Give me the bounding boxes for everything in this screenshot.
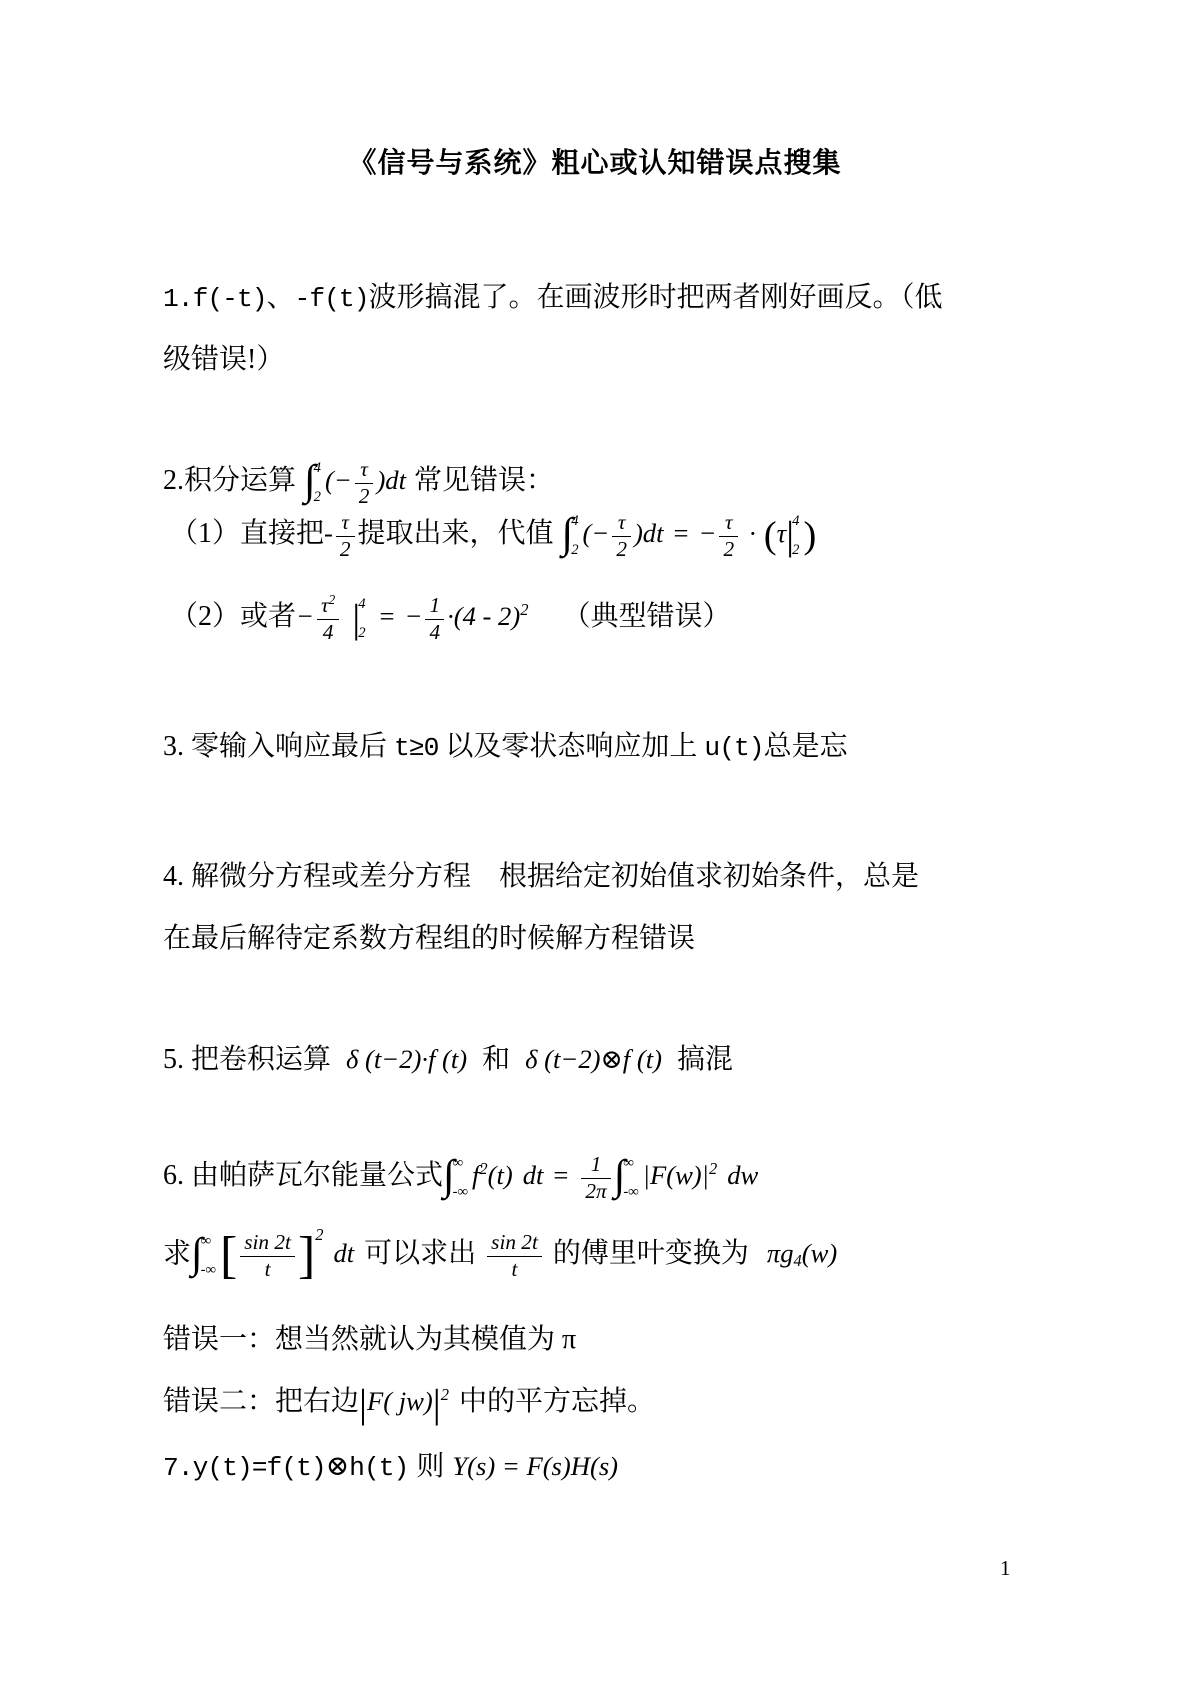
err2-lead: 错误二：把右边 (163, 1386, 359, 1417)
item7-code2: h(t) (349, 1453, 408, 1483)
sinc-frac: sin 2tt (484, 1238, 545, 1268)
item-2-sub-1: （1）直接把-τ2提取出来，代值∫42(−τ2)dt=−τ2·(τ|42) (170, 510, 824, 562)
fraction: τ2 (612, 510, 631, 562)
s2-lead: （2）或者 (170, 601, 296, 632)
item2-trail: 常见错误： (414, 465, 554, 496)
big-bracket-close: ] (298, 1227, 315, 1284)
item1-dun: 、 (267, 282, 295, 313)
fraction: τ2 (355, 457, 374, 509)
item5-lead: 5. 把卷积运算 (163, 1044, 338, 1075)
integral-formula: ∫42(−τ2)dt (304, 465, 406, 495)
parseval-formula: ∫∞-∞f2(t)dt=12π∫∞-∞|F(w)|2dw (443, 1160, 758, 1190)
cdot: · (749, 518, 756, 548)
fraction: sin 2tt (240, 1230, 295, 1282)
item7-mid: 则 (416, 1451, 444, 1482)
fraction: τ2 (336, 510, 355, 562)
item1-text: 波形搞混了。在画波形时把两者刚好画反。（低 (369, 282, 943, 313)
err1-text: 错误一：想当然就认为其模值为 π (163, 1324, 576, 1355)
cdot: · (447, 601, 454, 631)
big-paren-close: ) (803, 515, 816, 557)
item-7: 7.y(t)=f(t)⊗h(t)则Y(s) = F(s)H(s) (163, 1446, 618, 1488)
integral-icon: ∫ (562, 510, 574, 557)
fraction: sin 2tt (487, 1230, 542, 1282)
item1-code2: -f(t) (295, 284, 369, 314)
item-6-error-1: 错误一：想当然就认为其模值为 π (163, 1319, 576, 1361)
big-bracket-open: [ (220, 1227, 237, 1284)
item1-line2-text: 级错误!） (163, 344, 284, 375)
item-4-line-1: 4. 解微分方程或差分方程 根据给定初始值求初始条件，总是 (163, 856, 919, 898)
s1-lead: （1）直接把 (170, 518, 324, 549)
eval-formula: ∫42(−τ2)dt=−τ2·(τ|42) (562, 518, 817, 548)
integral-icon: ∫ (304, 457, 316, 504)
item-6-sinc: 求∫∞-∞[sin 2tt]2dt可以求出sin 2tt的傅里叶变换为πg4(w… (163, 1227, 837, 1282)
pi-g4-formula: πg4(w) (767, 1238, 837, 1268)
s1-mid: 提取出来，代值 (358, 518, 554, 549)
conv-formula-otimes: δ (t−2)⊗f (t) (525, 1044, 662, 1074)
q-mid: 可以求出 (364, 1238, 476, 1269)
big-paren-open: ( (764, 515, 777, 557)
fraction: 14 (425, 593, 444, 645)
page-title: 《信号与系统》粗心或认知错误点搜集 (0, 143, 1190, 185)
item5-trail: 搞混 (670, 1044, 733, 1075)
item4-line1-text: 4. 解微分方程或差分方程 根据给定初始值求初始条件，总是 (163, 861, 919, 892)
item4-line2-text: 在最后解待定系数方程组的时候解方程错误 (163, 923, 695, 954)
sinc-integral: ∫∞-∞[sin 2tt]2dt (191, 1238, 354, 1268)
int-close: )dt (376, 465, 406, 495)
item5-mid: 和 (475, 1044, 517, 1075)
fraction: 12π (581, 1152, 610, 1204)
item6-lead: 6. 由帕萨瓦尔能量公式 (163, 1160, 443, 1191)
page-number: 1 (1000, 1556, 1011, 1581)
item7-code: 7.y(t)=f(t) (163, 1453, 326, 1483)
int-open: (− (325, 465, 352, 495)
item1-code1: 1.f(-t) (163, 284, 267, 314)
integral-icon: ∫ (443, 1152, 455, 1199)
s2-trail: （典型错误） (562, 601, 730, 632)
item-1-line-1: 1.f(-t)、-f(t)波形搞混了。在画波形时把两者刚好画反。（低 (163, 277, 943, 319)
equals-sign: = (553, 1160, 568, 1190)
equals-sign: = (380, 601, 395, 631)
item3-mid: 以及零状态响应加上 (438, 731, 704, 762)
item-5: 5. 把卷积运算 δ (t−2)·f (t) 和 δ (t−2)⊗f (t) 搞… (163, 1039, 733, 1081)
q-lead: 求 (163, 1238, 191, 1269)
Fjw-squared: |F( jw)|2 (359, 1386, 449, 1416)
item2-lead: 2.积分运算 (163, 465, 296, 496)
item-3: 3. 零输入响应最后 t≥0 以及零状态响应加上 u(t)总是忘 (163, 726, 848, 768)
item3-code2: u(t) (704, 733, 763, 763)
item-1-line-2: 级错误!） (163, 339, 284, 381)
typical-error-formula: −τ24|42=−14·(4 - 2)2 (296, 601, 528, 631)
err2-trail: 中的平方忘掉。 (459, 1386, 655, 1417)
item3-lead: 3. 零输入响应最后 (163, 731, 394, 762)
laplace-formula: Y(s) = F(s)H(s) (452, 1451, 618, 1481)
item3-trail: 总是忘 (764, 731, 848, 762)
item-4-line-2: 在最后解待定系数方程组的时候解方程错误 (163, 918, 695, 960)
fraction: τ2 (719, 510, 738, 562)
otimes-icon: ⊗ (326, 1451, 349, 1482)
conv-formula-dot: δ (t−2)·f (t) (346, 1044, 467, 1074)
neg-tau-half: -τ2 (324, 518, 358, 548)
item-2-header: 2.积分运算∫42(−τ2)dt常见错误： (163, 457, 554, 509)
integral-icon: ∫ (191, 1230, 203, 1277)
item-2-sub-2: （2）或者−τ24|42=−14·(4 - 2)2（典型错误） (170, 593, 730, 645)
fraction: τ24 (317, 593, 339, 645)
item-6-error-2: 错误二：把右边|F( jw)|2中的平方忘掉。 (163, 1381, 655, 1424)
q-tail: 的傅里叶变换为 (553, 1238, 749, 1269)
document-page: 《信号与系统》粗心或认知错误点搜集 1.f(-t)、-f(t)波形搞混了。在画波… (0, 0, 1190, 1683)
equals-sign: = (674, 518, 689, 548)
item3-code1: t≥0 (394, 733, 438, 763)
item-6-parseval: 6. 由帕萨瓦尔能量公式∫∞-∞f2(t)dt=12π∫∞-∞|F(w)|2dw (163, 1152, 758, 1204)
integral-icon: ∫ (614, 1152, 626, 1199)
